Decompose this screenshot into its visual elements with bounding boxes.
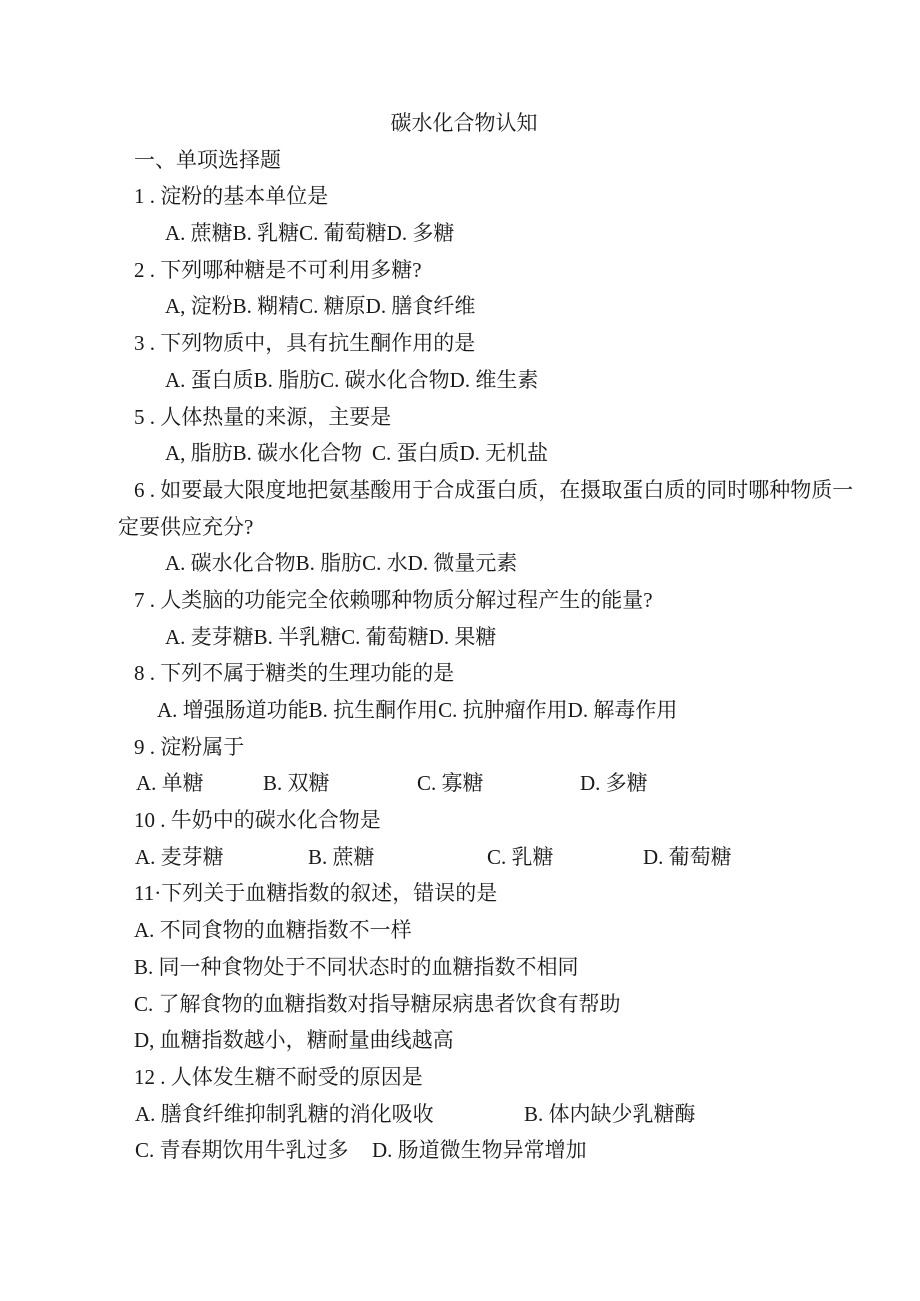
question-2-options: A, 淀粉B. 糊精C. 糖原D. 膳食纤维 (118, 288, 810, 325)
question-8-stem: 8 . 下列不属于糖类的生理功能的是 (118, 655, 810, 692)
question-12-options-cd: C. 青春期饮用牛乳过多 D. 肠道微生物异常增加 (118, 1132, 810, 1169)
question-2-stem: 2 . 下列哪种糖是不可利用多糖? (118, 252, 810, 289)
question-9-option-a: A. 单糖 (136, 765, 204, 802)
question-10-stem: 10 . 牛奶中的碳水化合物是 (118, 802, 810, 839)
question-12-option-d: D. 肠道微生物异常增加 (372, 1132, 587, 1169)
question-9-option-b: B. 双糖 (263, 765, 330, 802)
question-7-stem: 7 . 人类脑的功能完全依赖哪种物质分解过程产生的能量? (118, 582, 810, 619)
question-9-option-d: D. 多糖 (580, 765, 648, 802)
question-10-options: A. 麦芽糖 B. 蔗糖 C. 乳糖 D. 葡萄糖 (118, 839, 810, 876)
question-6-stem-line1: 6 . 如要最大限度地把氨基酸用于合成蛋白质，在摄取蛋白质的同时哪种物质一 (118, 472, 810, 509)
question-9-option-c: C. 寡糖 (417, 765, 484, 802)
question-12-option-c: C. 青春期饮用牛乳过多 (135, 1132, 349, 1169)
question-12-option-a: A. 膳食纤维抑制乳糖的消化吸收 (135, 1096, 434, 1133)
question-3-stem: 3 . 下列物质中，具有抗生酮作用的是 (118, 325, 810, 362)
question-5-stem: 5 . 人体热量的来源，主要是 (118, 399, 810, 436)
question-6-stem-line2: 定要供应充分? (118, 509, 810, 546)
question-10-option-b: B. 蔗糖 (308, 839, 375, 876)
question-9-options: A. 单糖 B. 双糖 C. 寡糖 D. 多糖 (118, 765, 810, 802)
question-11-option-c: C. 了解食物的血糖指数对指导糖尿病患者饮食有帮助 (118, 986, 810, 1023)
section-heading: 一、单项选择题 (118, 142, 810, 179)
document-title: 碳水化合物认知 (118, 105, 810, 142)
question-7-options: A. 麦芽糖B. 半乳糖C. 葡萄糖D. 果糖 (118, 619, 810, 656)
question-8-options: A. 增强肠道功能B. 抗生酮作用C. 抗肿瘤作用D. 解毒作用 (118, 692, 810, 729)
question-12-stem: 12 . 人体发生糖不耐受的原因是 (118, 1059, 810, 1096)
question-12-option-b: B. 体内缺少乳糖酶 (524, 1096, 696, 1133)
question-12-options-ab: A. 膳食纤维抑制乳糖的消化吸收 B. 体内缺少乳糖酶 (118, 1096, 810, 1133)
question-10-option-c: C. 乳糖 (487, 839, 554, 876)
question-1-stem: 1 . 淀粉的基本单位是 (118, 178, 810, 215)
question-10-option-a: A. 麦芽糖 (135, 839, 224, 876)
question-11-option-b: B. 同一种食物处于不同状态时的血糖指数不相同 (118, 949, 810, 986)
question-5-options-cd: C. 蛋白质D. 无机盐 (372, 435, 548, 472)
question-6-options: A. 碳水化合物B. 脂肪C. 水D. 微量元素 (118, 545, 810, 582)
question-11-option-a: A. 不同食物的血糖指数不一样 (118, 912, 810, 949)
question-3-options: A. 蛋白质B. 脂肪C. 碳水化合物D. 维生素 (118, 362, 810, 399)
question-1-options: A. 蔗糖B. 乳糖C. 葡萄糖D. 多糖 (118, 215, 810, 252)
document-page: 碳水化合物认知 一、单项选择题 1 . 淀粉的基本单位是 A. 蔗糖B. 乳糖C… (0, 0, 920, 1301)
question-5-options-ab: A, 脂肪B. 碳水化合物 (165, 435, 362, 472)
question-11-stem: 11·下列关于血糖指数的叙述，错误的是 (118, 875, 810, 912)
question-9-stem: 9 . 淀粉属于 (118, 729, 810, 766)
question-5-options: A, 脂肪B. 碳水化合物 C. 蛋白质D. 无机盐 (118, 435, 810, 472)
question-10-option-d: D. 葡萄糖 (643, 839, 732, 876)
question-11-option-d: D, 血糖指数越小，糖耐量曲线越高 (118, 1022, 810, 1059)
